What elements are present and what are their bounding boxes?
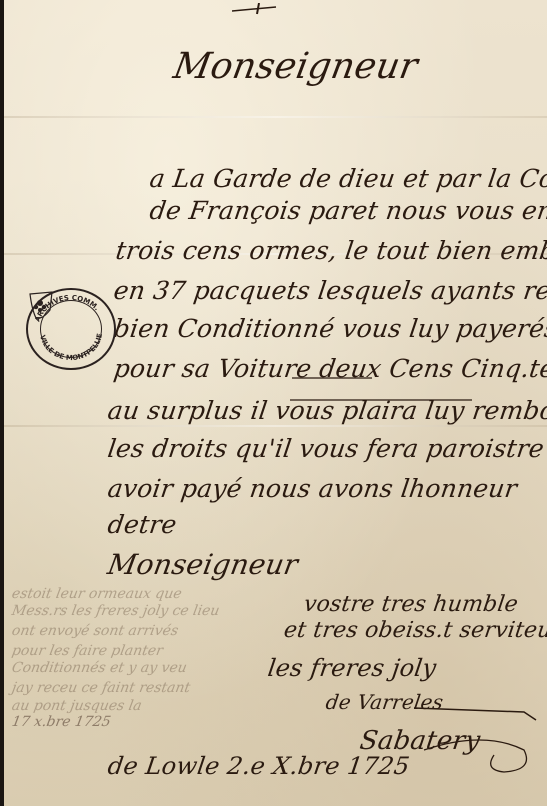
paper-fold-line [4, 116, 547, 118]
body-line: avoir payé nous avons lhonneur [106, 474, 519, 503]
shield-emblem-icon [28, 290, 54, 322]
margin-note-line: Mess.rs les freres joly ce lieu [11, 603, 221, 619]
body-line: les droits qu'il vous fera paroistre [106, 434, 546, 463]
letter-page: Monseigneur a La Garde de dieu et par la… [4, 0, 547, 806]
body-line: en 37 pacquets lesquels ayants receu [112, 276, 547, 305]
margin-note-line: Conditionnés et y ay veu [11, 660, 189, 676]
paper-fold-line [4, 425, 547, 427]
body-line: de François paret nous vous envoyons [148, 196, 547, 225]
salutation-heading: Monseigneur [170, 46, 420, 87]
underline-mark [286, 374, 526, 404]
archive-stamp: ARCHIVES COMM. VILLE DE MONTPELLIER [26, 288, 116, 370]
closing-line: et tres obeiss.t serviteur [282, 618, 547, 643]
body-line: a La Garde de dieu et par la Conduitte [148, 164, 547, 193]
body-line: detre [106, 510, 179, 539]
signature-flourish [404, 700, 544, 780]
margin-note-line: ont envoyé sont arrivés [11, 623, 180, 639]
body-line: bien Conditionné vous luy payerés [112, 314, 547, 343]
cross-mark-icon [232, 3, 292, 43]
margin-note-line: pour les faire planter [11, 643, 165, 659]
closing-line: les freres joly [266, 654, 438, 682]
margin-note-line: 17 x.bre 1725 [11, 714, 112, 730]
dateline: de Lowle 2.e X.bre 1725 [106, 752, 411, 780]
closing-salutation: Monseigneur [105, 548, 300, 581]
closing-line: vostre tres humble [302, 592, 519, 617]
margin-note-line: estoit leur ormeaux que [11, 586, 183, 602]
margin-note-line: au pont jusques la [11, 698, 143, 714]
margin-note-line: jay receu ce faint restant [11, 680, 192, 696]
body-line: trois cens ormes, le tout bien emballé [114, 236, 547, 265]
